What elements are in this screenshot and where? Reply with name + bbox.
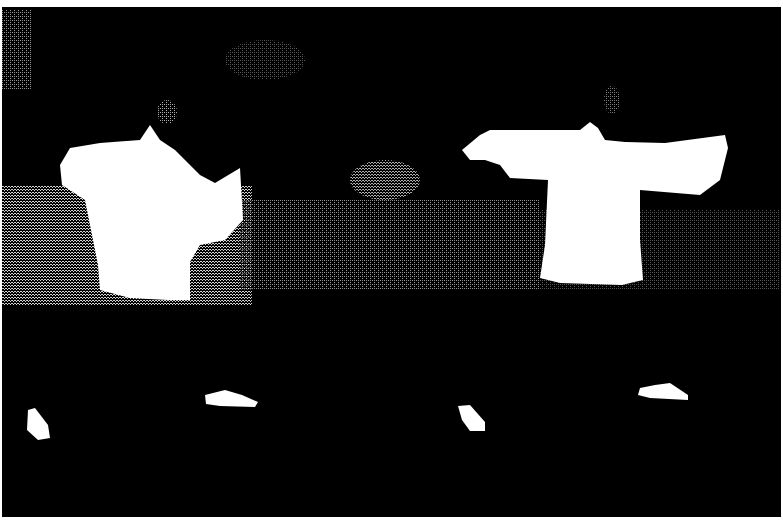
right-head — [604, 86, 620, 114]
left-head — [157, 100, 177, 124]
photograph — [0, 0, 783, 520]
